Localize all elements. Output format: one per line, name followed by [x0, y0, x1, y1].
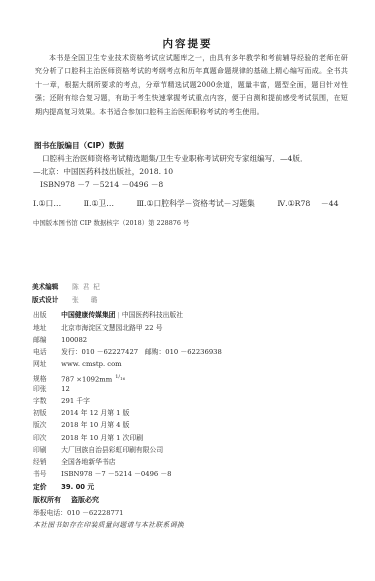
summary-paragraph: 本书是全国卫生专业技术资格考试应试题库之一，由具有多年教学和考前辅导经验的老师在… — [35, 52, 348, 119]
cip-class-2: Ⅱ.①卫… — [84, 199, 114, 208]
colophon-first-edition: 初版 2014 年 12 月第 1 版 — [33, 407, 129, 419]
colophon-label: 电话 — [33, 346, 59, 358]
colophon-value: 12 — [61, 385, 70, 393]
colophon-word-count: 字数 291 千字 — [33, 395, 90, 407]
credit-value: 陈君杞 — [72, 283, 104, 291]
cip-publisher-line: —北京：中国医药科技出版社，2018. 10 — [33, 166, 173, 177]
colophon-label: 定价 — [33, 481, 59, 493]
colophon-publisher: 出版 中国健康传媒集团|中国医药科技出版社 — [33, 309, 183, 321]
colophon-value: 2018 年 10 月第 4 版 — [61, 421, 129, 429]
fraction-denominator: 16 — [120, 376, 125, 381]
credit-label: 美术编辑 — [32, 281, 70, 291]
colophon-value: 2018 年 10 月第 1 次印刷 — [61, 434, 143, 442]
publisher-separator: | — [118, 311, 120, 319]
colophon-price: 定价 39. 00 元 — [33, 481, 94, 493]
colophon-spec: 规格 787 ×1092mm1/16 — [33, 371, 125, 383]
cip-class-4: Ⅳ.①R78 －44 — [277, 199, 338, 208]
colophon-value: 2014 年 12 月第 1 版 — [61, 409, 129, 417]
rights-reserved: 版权所有 — [33, 496, 61, 504]
cip-data-number: 中国版本图书馆 CIP 数据核字（2018）第 228876 号 — [33, 218, 189, 227]
colophon-label: 邮编 — [33, 334, 59, 346]
report-phone: 举报电话：010 －62228771 — [33, 507, 124, 517]
colophon-label: 字数 — [33, 395, 59, 407]
colophon-label: 初版 — [33, 407, 59, 419]
colophon-label: 经销 — [33, 456, 59, 468]
colophon-phone: 电话 发行：010 －62227427 邮购：010 －62236938 — [33, 346, 222, 358]
colophon-label: 印刷 — [33, 444, 59, 456]
colophon-address: 地址 北京市海淀区文慧园北路甲 22 号 — [33, 322, 163, 334]
credit-layout-designer: 版式设计 张璐 — [32, 294, 109, 304]
colophon-value: 大厂回族自治县彩虹印刷有限公司 — [61, 446, 163, 454]
copyright-notice: 版权所有盗版必究 — [33, 495, 99, 505]
cip-class-1: Ⅰ.①口… — [33, 199, 61, 208]
quality-notice: 本社图书如存在印装质量问题请与本社联系调换 — [33, 519, 184, 529]
colophon-website: 网址 www. cmstp. com — [33, 358, 122, 370]
summary-title: 内容提要 — [0, 36, 375, 51]
price-value: 39. 00 元 — [61, 483, 94, 491]
colophon-value: ISBN978 －7 －5214 －0496 －8 — [61, 470, 171, 478]
spec-fraction: 1/16 — [115, 374, 125, 380]
colophon-printer: 印刷 大厂回族自治县彩虹印刷有限公司 — [33, 444, 163, 456]
cip-title-line: 口腔科主治医师资格考试精选题集/卫生专业职称考试研究专家组编写．—4版． — [42, 153, 308, 164]
colophon-value: 发行：010 －62227427 邮购：010 －62236938 — [61, 348, 222, 356]
colophon-sheets: 印张 12 — [33, 383, 70, 395]
cip-class-3: Ⅲ.①口腔科学－资格考试－习题集 — [137, 199, 255, 208]
cip-heading: 图书在版编目（CIP）数据 — [34, 140, 124, 151]
publisher-group: 中国健康传媒集团 — [61, 311, 115, 319]
colophon-label: 地址 — [33, 322, 59, 334]
cip-isbn-line: ISBN978 －7 －5214 －0496 －8 — [40, 179, 163, 190]
colophon-edition: 版次 2018 年 10 月第 4 版 — [33, 419, 129, 431]
colophon-isbn: 书号 ISBN978 －7 －5214 －0496 －8 — [33, 468, 172, 480]
colophon-value: 100082 — [61, 336, 87, 344]
credit-value: 张璐 — [72, 296, 109, 304]
credit-label: 版式设计 — [32, 294, 70, 304]
colophon-printing: 印次 2018 年 10 月第 1 次印刷 — [33, 432, 143, 444]
colophon-postcode: 邮编 100082 — [33, 334, 87, 346]
colophon-value: 北京市海淀区文慧园北路甲 22 号 — [61, 324, 162, 332]
colophon-label: 印张 — [33, 383, 59, 395]
colophon-label: 版次 — [33, 419, 59, 431]
colophon-value: 291 千字 — [61, 397, 90, 405]
cip-classification: Ⅰ.①口… Ⅱ.①卫… Ⅲ.①口腔科学－资格考试－习题集 Ⅳ.①R78 －44 — [33, 198, 351, 209]
website-link[interactable]: www. cmstp. com — [61, 360, 121, 368]
credit-art-editor: 美术编辑 陈君杞 — [32, 281, 104, 291]
colophon-label: 印次 — [33, 432, 59, 444]
colophon-distributor: 经销 全国各地新华书店 — [33, 456, 116, 468]
colophon-value: 全国各地新华书店 — [61, 458, 115, 466]
publisher-name: 中国医药科技出版社 — [122, 311, 183, 319]
fraction-numerator: 1 — [115, 374, 118, 380]
piracy-warning: 盗版必究 — [71, 496, 99, 504]
colophon-label: 出版 — [33, 309, 59, 321]
colophon-label: 网址 — [33, 358, 59, 370]
colophon-label: 书号 — [33, 468, 59, 480]
